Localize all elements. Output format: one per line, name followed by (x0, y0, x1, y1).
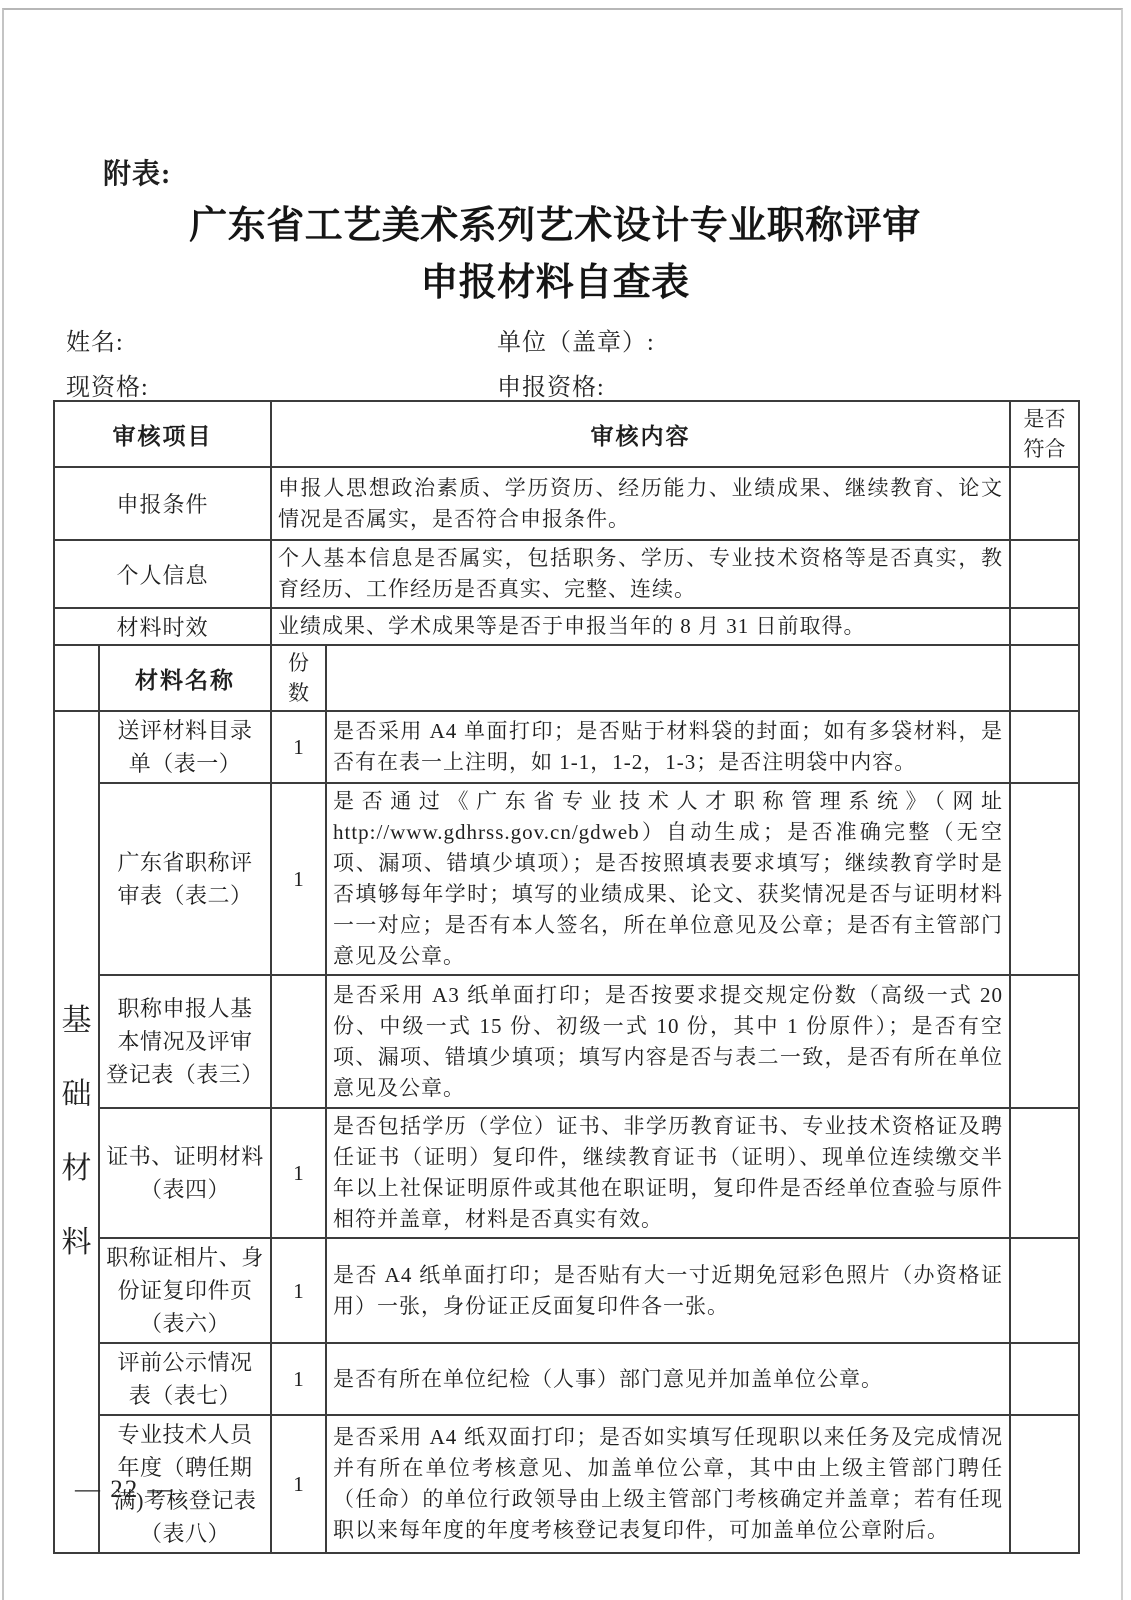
table-header-row: 审核项目 审核内容 是否 符合 (54, 401, 1079, 467)
table-row: 申报条件 申报人思想政治素质、学历资历、经历能力、业绩成果、继续教育、论文情况是… (54, 467, 1079, 540)
material-name-form4: 证书、证明材料 （表四） (99, 1108, 271, 1238)
compliance-cell (1010, 783, 1079, 975)
review-item-material-validity: 材料时效 (54, 608, 271, 645)
review-content-text: 是否包括学历（学位）证书、非学历教育证书、专业技术资格证及聘任证书（证明）复印件… (326, 1108, 1010, 1238)
page-title: 广东省工艺美术系列艺术设计专业职称评审申报材料自查表 (0, 198, 1110, 312)
page-number: — 22 — (75, 1476, 175, 1504)
compliance-cell (1010, 975, 1079, 1108)
compliance-cell (1010, 608, 1079, 645)
review-content-text: 是否采用 A3 纸单面打印；是否按要求提交规定份数（高级一式 20 份、中级一式… (326, 975, 1010, 1108)
header-review-item: 审核项目 (54, 401, 271, 467)
table-row: 职称证相片、身 份证复印件页 （表六） 1 是否 A4 纸单面打印；是否贴有大一… (54, 1238, 1079, 1343)
subheader-copies: 份 数 (271, 645, 326, 711)
compliance-cell (1010, 467, 1079, 540)
self-check-table: 审核项目 审核内容 是否 符合 申报条件 申报人思想政治素质、学历资历、经历能力… (53, 400, 1080, 1554)
compliance-cell (1010, 1415, 1079, 1553)
review-item-application-conditions: 申报条件 (54, 467, 271, 540)
material-name-form6: 职称证相片、身 份证复印件页 （表六） (99, 1238, 271, 1343)
review-content-text: 申报人思想政治素质、学历资历、经历能力、业绩成果、继续教育、论文情况是否属实，是… (271, 467, 1010, 540)
table-row: 个人信息 个人基本信息是否属实，包括职务、学历、专业技术资格等是否真实，教育经历… (54, 540, 1079, 608)
review-item-personal-info: 个人信息 (54, 540, 271, 608)
copies-count: 1 (271, 1415, 326, 1553)
review-content-text: 是否 A4 纸单面打印；是否贴有大一寸近期免冠彩色照片（办资格证用）一张，身份证… (326, 1238, 1010, 1343)
copies-count: 1 (271, 1343, 326, 1415)
current-qualification-field-label: 现资格: (66, 367, 149, 402)
copies-count: 1 (271, 1238, 326, 1343)
compliance-cell (1010, 1108, 1079, 1238)
material-name-form3: 职称申报人基 本情况及评审 登记表（表三） (99, 975, 271, 1108)
compliance-cell (1010, 1238, 1079, 1343)
empty-content-cell (326, 645, 1010, 711)
title-line-1: 广东省工艺美术系列艺术设计专业职称评审 (189, 205, 921, 247)
table-row: 材料时效 业绩成果、学术成果等是否于申报当年的 8 月 31 日前取得。 (54, 608, 1079, 645)
table-row: 专业技术人员 年度（聘任期 满)考核登记表 （表八） 1 是否采用 A4 纸双面… (54, 1415, 1079, 1553)
copies-count: 1 (271, 711, 326, 783)
table-row: 广东省职称评 审表（表二） 1 是否通过《广东省专业技术人才职称管理系统》（网址… (54, 783, 1079, 975)
review-content-text: 业绩成果、学术成果等是否于申报当年的 8 月 31 日前取得。 (271, 608, 1010, 645)
group-label-basic-materials: 基 础 材 料 (54, 711, 99, 1553)
material-name-form7: 评前公示情况 表（表七） (99, 1343, 271, 1415)
declared-qualification-field-label: 申报资格: (497, 367, 605, 402)
material-name-form2: 广东省职称评 审表（表二） (99, 783, 271, 975)
header-review-content: 审核内容 (271, 401, 1010, 467)
table-row: 评前公示情况 表（表七） 1 是否有所在单位纪检（人事）部门意见并加盖单位公章。 (54, 1343, 1079, 1415)
table-row: 职称申报人基 本情况及评审 登记表（表三） 是否采用 A3 纸单面打印；是否按要… (54, 975, 1079, 1108)
header-compliance: 是否 符合 (1010, 401, 1079, 467)
copies-count: 1 (271, 1108, 326, 1238)
review-content-text: 是否通过《广东省专业技术人才职称管理系统》（网址 http://www.gdhr… (326, 783, 1010, 975)
subheader-material-name: 材料名称 (99, 645, 271, 711)
review-content-text: 是否采用 A4 纸双面打印；是否如实填写任现职以来任务及完成情况并有所在单位考核… (326, 1415, 1010, 1553)
table-row: 基 础 材 料 送评材料目录 单（表一） 1 是否采用 A4 单面打印；是否贴于… (54, 711, 1079, 783)
review-content-text: 是否有所在单位纪检（人事）部门意见并加盖单位公章。 (326, 1343, 1010, 1415)
compliance-cell (1010, 1343, 1079, 1415)
review-content-text: 个人基本信息是否属实，包括职务、学历、专业技术资格等是否真实，教育经历、工作经历… (271, 540, 1010, 608)
compliance-cell (1010, 540, 1079, 608)
material-name-form1: 送评材料目录 单（表一） (99, 711, 271, 783)
table-subheader-row: 材料名称 份 数 (54, 645, 1079, 711)
compliance-cell (1010, 711, 1079, 783)
name-field-label: 姓名: (66, 322, 124, 357)
compliance-cell (1010, 645, 1079, 711)
copies-count (271, 975, 326, 1108)
unit-seal-field-label: 单位（盖章）: (497, 322, 655, 357)
attachment-label: 附表: (103, 152, 171, 192)
title-line-2: 申报材料自查表 (420, 262, 690, 304)
table-row: 证书、证明材料 （表四） 1 是否包括学历（学位）证书、非学历教育证书、专业技术… (54, 1108, 1079, 1238)
review-content-text: 是否采用 A4 单面打印；是否贴于材料袋的封面；如有多袋材料，是否有在表一上注明… (326, 711, 1010, 783)
copies-count: 1 (271, 783, 326, 975)
group-spacer-cell (54, 645, 99, 711)
